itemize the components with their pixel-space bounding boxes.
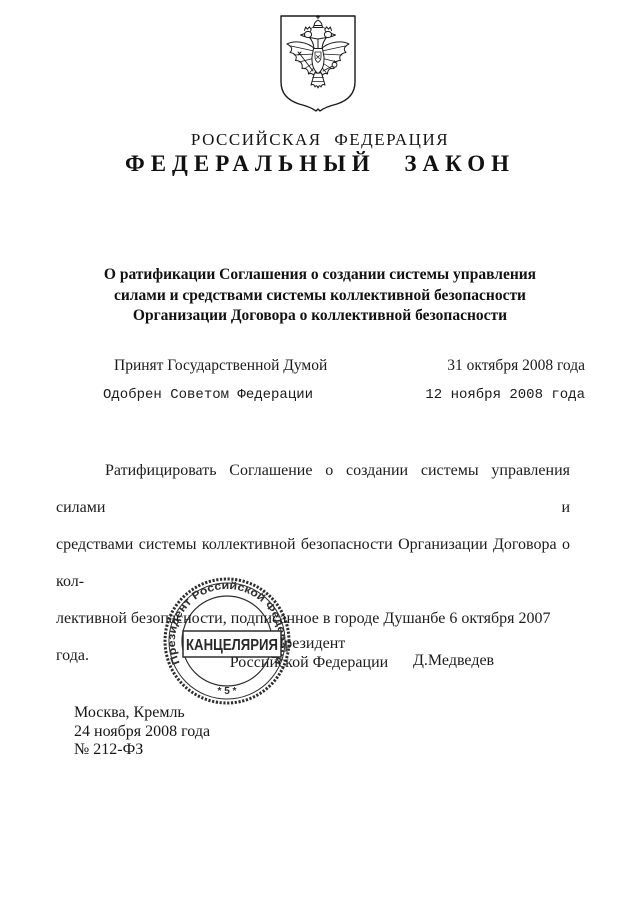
duma-adoption-row: Принят Государственной Думой 31 октября … [114, 357, 585, 375]
council-date: 12 ноября 2008 года [425, 387, 585, 403]
law-title-line: О ратификации Соглашения о создании сист… [0, 265, 640, 286]
duma-date: 31 октября 2008 года [447, 357, 585, 375]
law-type-heading: ФЕДЕРАЛЬНЫЙ ЗАКОН [0, 151, 640, 177]
stamp-number: * 5 * [218, 686, 237, 697]
russia-coat-of-arms-icon [278, 14, 358, 113]
federal-law-document: РОССИЙСКАЯ ФЕДЕРАЦИЯ ФЕДЕРАЛЬНЫЙ ЗАКОН О… [0, 0, 640, 900]
law-title: О ратификации Соглашения о создании сист… [0, 265, 640, 327]
law-title-line: Организации Договора о коллективной безо… [0, 306, 640, 327]
law-title-line: силами и средствами системы коллективной… [0, 286, 640, 307]
council-label: Одобрен Советом Федерации [103, 387, 313, 403]
footer-number: № 212-ФЗ [74, 741, 210, 760]
stamp-center-text: КАНЦЕЛЯРИЯ [186, 637, 278, 654]
chancellery-stamp: Президент Российской Федерации * 5 * КАН… [160, 574, 294, 708]
footer-date: 24 ноября 2008 года [74, 723, 210, 742]
duma-label: Принят Государственной Думой [114, 357, 327, 375]
country-heading: РОССИЙСКАЯ ФЕДЕРАЦИЯ [0, 130, 640, 150]
document-footer: Москва, Кремль 24 ноября 2008 года № 212… [74, 704, 210, 760]
signature-name: Д.Медведев [413, 652, 494, 670]
council-adoption-row: Одобрен Советом Федерации 12 ноября 2008… [103, 387, 585, 403]
body-line: средствами системы коллективной безопасн… [56, 526, 570, 600]
body-line: Ратифицировать Соглашение о создании сис… [56, 452, 570, 526]
